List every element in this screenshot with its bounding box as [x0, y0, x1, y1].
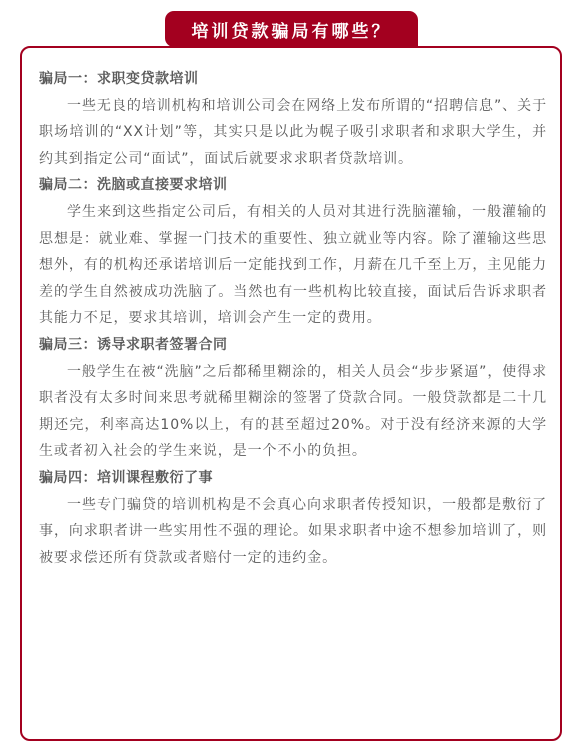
content-box: 骗局一：求职变贷款培训 一些无良的培训机构和培训公司会在网络上发布所谓的“招聘信…: [20, 46, 562, 741]
article-title-banner: 培训贷款骗局有哪些？: [165, 11, 418, 47]
section-paragraph: 一般学生在被“洗脑”之后都稀里糊涂的，相关人员会“步步紧逼”，使得求职者没有太多…: [39, 359, 547, 465]
section-heading: 骗局一：求职变贷款培训: [39, 66, 547, 93]
section-scam-3: 骗局三：诱导求职者签署合同 一般学生在被“洗脑”之后都稀里糊涂的，相关人员会“步…: [39, 332, 547, 465]
content-body: 骗局一：求职变贷款培训 一些无良的培训机构和培训公司会在网络上发布所谓的“招聘信…: [39, 66, 547, 571]
section-scam-1: 骗局一：求职变贷款培训 一些无良的培训机构和培训公司会在网络上发布所谓的“招聘信…: [39, 66, 547, 172]
section-paragraph: 学生来到这些指定公司后，有相关的人员对其进行洗脑灌输，一般灌输的思想是：就业难、…: [39, 199, 547, 332]
section-paragraph: 一些专门骗贷的培训机构是不会真心向求职者传授知识，一般都是敷衍了事，向求职者讲一…: [39, 492, 547, 572]
section-heading: 骗局三：诱导求职者签署合同: [39, 332, 547, 359]
section-heading: 骗局二：洗脑或直接要求培训: [39, 172, 547, 199]
section-scam-4: 骗局四：培训课程敷衍了事 一些专门骗贷的培训机构是不会真心向求职者传授知识，一般…: [39, 465, 547, 571]
article-title: 培训贷款骗局有哪些？: [192, 17, 392, 42]
section-heading: 骗局四：培训课程敷衍了事: [39, 465, 547, 492]
section-paragraph: 一些无良的培训机构和培训公司会在网络上发布所谓的“招聘信息”、关于职场培训的“X…: [39, 93, 547, 173]
section-scam-2: 骗局二：洗脑或直接要求培训 学生来到这些指定公司后，有相关的人员对其进行洗脑灌输…: [39, 172, 547, 332]
